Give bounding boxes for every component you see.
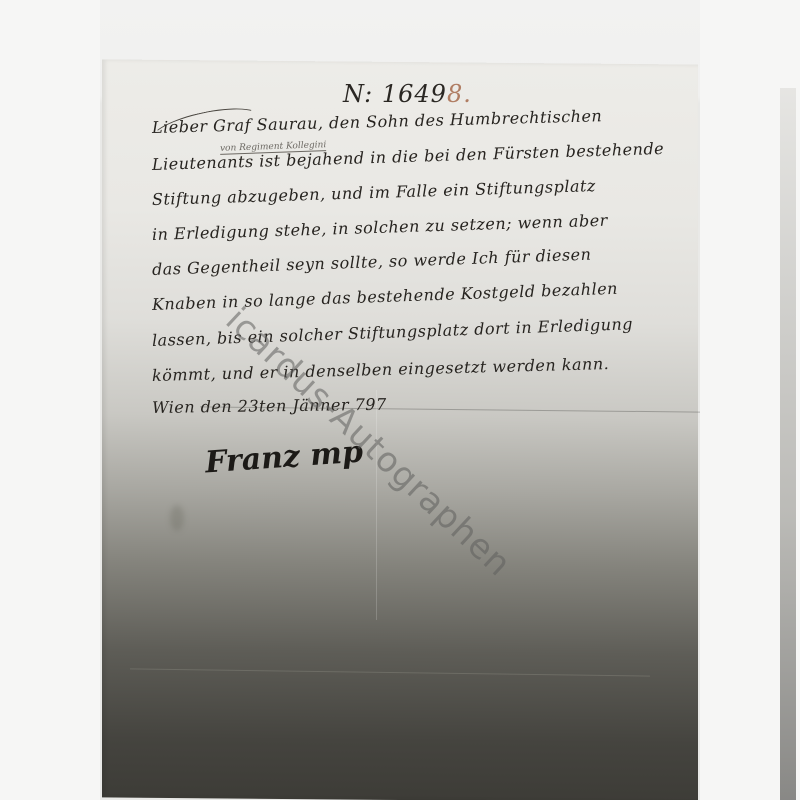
document-number: N: 16498. <box>343 80 472 108</box>
paper-stain <box>170 505 184 531</box>
paper-edge <box>780 88 796 800</box>
document-number-main: N: 1649 <box>343 80 447 108</box>
background-left <box>0 0 100 800</box>
document-number-suffix: 8. <box>447 80 472 108</box>
